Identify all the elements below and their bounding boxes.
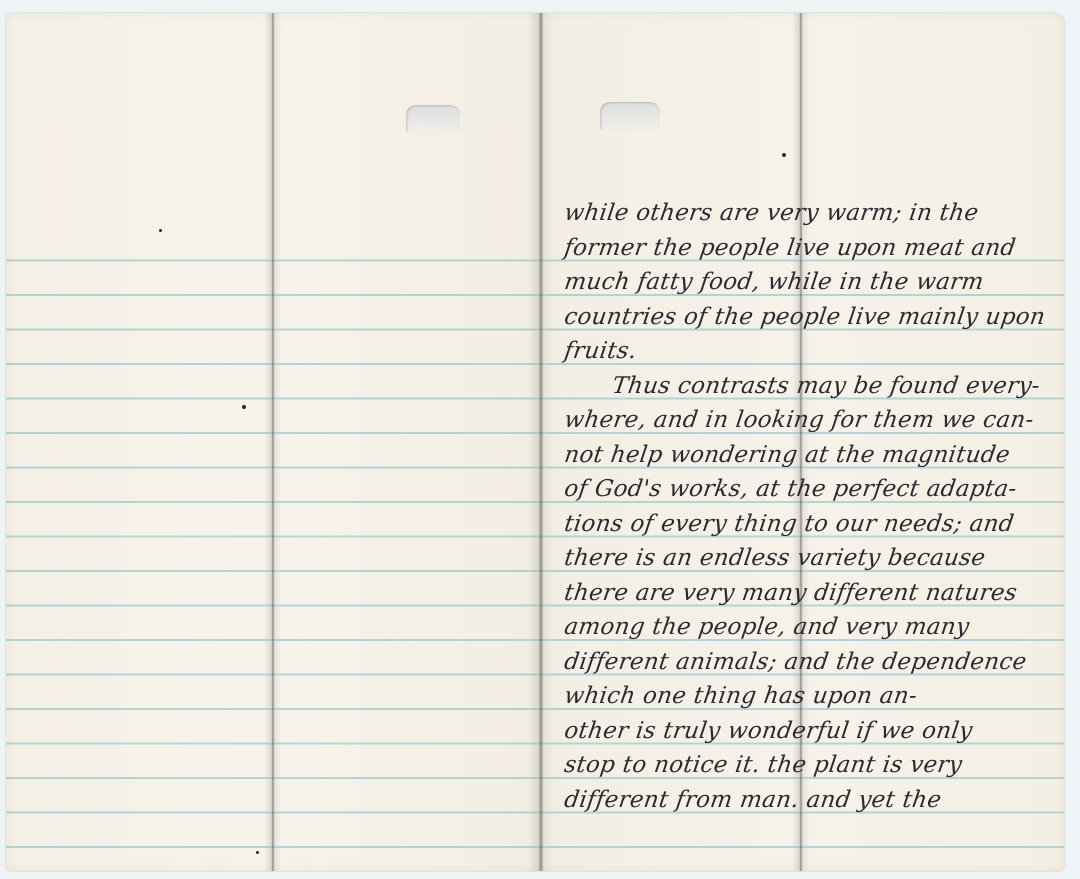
text-line: former the people live upon meat and — [562, 231, 1067, 266]
text-line: Thus contrasts may be found every- — [562, 369, 1067, 404]
ink-spot — [256, 851, 259, 854]
text-line: while others are very warm; in the — [562, 196, 1067, 231]
ink-spot — [782, 153, 786, 157]
text-line: other is truly wonderful if we only — [562, 714, 1067, 749]
embossed-letterhead-mark — [600, 102, 660, 130]
text-line: where, and in looking for them we can- — [562, 403, 1067, 438]
text-line: there are very many different natures — [562, 576, 1067, 611]
text-line: not help wondering at the magnitude — [562, 438, 1067, 473]
text-line: much fatty food, while in the warm — [562, 265, 1067, 300]
text-line: there is an endless variety because — [562, 541, 1067, 576]
text-line: different animals; and the dependence — [562, 645, 1067, 680]
text-line: different from man. and yet the — [562, 783, 1067, 818]
embossed-letterhead-mark — [406, 105, 460, 133]
text-line: which one thing has upon an- — [562, 679, 1067, 714]
fold-crease — [264, 13, 282, 871]
text-line: among the people, and very many — [562, 610, 1067, 645]
ink-spot — [242, 405, 246, 409]
handwritten-text: while others are very warm; in the forme… — [562, 196, 1062, 817]
text-line: tions of every thing to our needs; and — [562, 507, 1067, 542]
text-line: stop to notice it. the plant is very — [562, 748, 1067, 783]
text-line: of God's works, at the perfect adapta- — [562, 472, 1067, 507]
text-line: countries of the people live mainly upon — [562, 300, 1067, 335]
center-fold-crease — [528, 13, 554, 871]
text-line: fruits. — [562, 334, 1067, 369]
ink-spot — [159, 229, 162, 232]
